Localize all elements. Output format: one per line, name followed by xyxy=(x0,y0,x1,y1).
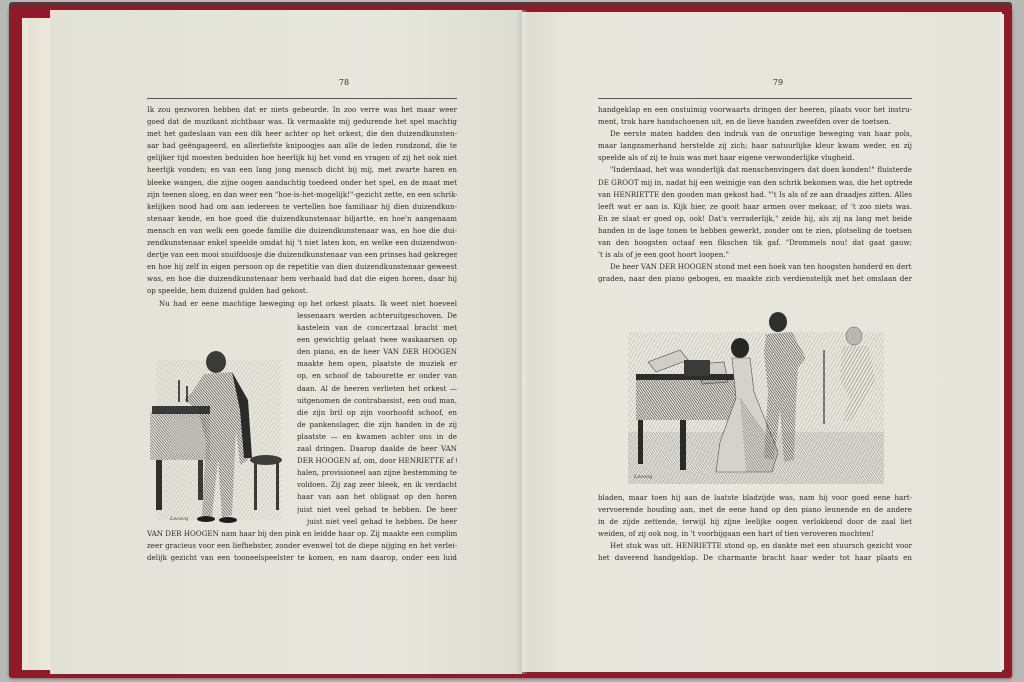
right-text-top: handgeklap en een onstuimig voorwaarts d… xyxy=(598,104,912,285)
text-line: die zijn bril op zijn voorhoofd schoof, … xyxy=(297,407,457,419)
text-line: speelde als of zij te huis was met haar … xyxy=(598,152,912,164)
text-line: mensch en van welk een goede familie die… xyxy=(147,225,457,237)
text-line: van HENRIETTE den gooden man gekost had.… xyxy=(598,189,912,201)
text-line: graden, naar den piano gebogen, en maakt… xyxy=(598,273,912,285)
text-line: goed dat de muzikant zichtbaar was. Ik v… xyxy=(147,116,457,128)
text-line: juist niet veel gehad te hebben. De heer xyxy=(147,516,457,528)
page-number-left: 78 xyxy=(324,78,364,87)
text-line: lessenaars werden achteruitgeschoven. De xyxy=(297,310,457,322)
text-line: en hoe hij zelf in eigen persoon op de r… xyxy=(147,261,457,273)
text-line: maar langzamerhand herstelde zij zich; h… xyxy=(598,140,912,152)
text-line: Ik zou gezworen hebben dat er niets gebe… xyxy=(147,104,457,116)
text-line: plaatste — en kwamen achter ons in de xyxy=(297,431,457,443)
left-page: 78 Ik zou gezworen hebben dat er niets g… xyxy=(50,10,522,674)
left-text-bottom: juist niet veel gehad te hebben. De heer xyxy=(147,516,457,528)
text-line: Het stuk was uit. HENRIETTE stond op, en… xyxy=(598,540,912,552)
text-line: een gewichtig gelaat twee waskaarsen op xyxy=(297,334,457,346)
left-text-top: Ik zou gezworen hebben dat er niets gebe… xyxy=(147,104,457,310)
illustration-man-at-piano: Lecocq xyxy=(148,340,288,530)
text-line: het daverend handgeklap. De charmante br… xyxy=(598,552,912,564)
text-line: met het gadeslaan van een dik heer achte… xyxy=(147,128,457,140)
text-line: zijn teenen sloeg, en dan weer een "hoe-… xyxy=(147,189,457,201)
illustration-woman-at-piano: Lecocq xyxy=(628,302,884,484)
text-line: vervoerende houding aan, met de eene han… xyxy=(598,504,912,516)
text-line: de pankenslager, die zijn handen in de z… xyxy=(297,419,457,431)
left-text-beside-illustration: lessenaars werden achteruitgeschoven. De… xyxy=(297,310,457,516)
text-line: leeft wat er aan is. Kijk hier, ze gooit… xyxy=(598,201,912,213)
left-page-stack-inner xyxy=(28,18,50,670)
text-line: zendkunstenaar enkel speelde omdat hij '… xyxy=(147,237,457,249)
book-gutter xyxy=(516,10,528,674)
page-number-right: 79 xyxy=(758,78,798,87)
text-line: van den hoogsten octaaf een fikschen tik… xyxy=(598,237,912,249)
right-text-bottom: bladen, maar toen hij aan de laatste bla… xyxy=(598,492,912,565)
text-line: bladen, maar toen hij aan de laatste bla… xyxy=(598,492,912,504)
text-line: "Inderdaad, het was wonderlijk dat mensc… xyxy=(598,164,912,176)
text-line: stenaar kende, en hoe goed die duizendku… xyxy=(147,213,457,225)
text-line: heerlijk vonden; en van een lang jong me… xyxy=(147,164,457,176)
text-line: op speelde, hem duizend gulden had gekos… xyxy=(147,285,457,297)
text-line: voldoen. Zij zag zeer bleek, en ik verda… xyxy=(297,479,457,491)
text-line: maakte hem open, plaatste de muziek er xyxy=(297,358,457,370)
open-book-photo: 78 Ik zou gezworen hebben dat er niets g… xyxy=(0,0,1024,682)
text-line: kastelein van de concertzaal bracht met xyxy=(297,322,457,334)
text-line: aar had geëngageerd, en allerliefste kni… xyxy=(147,140,457,152)
text-line: handgeklap en een onstuimig voorwaarts d… xyxy=(598,104,912,116)
text-line: delijk gezicht van een tooneelspeelster … xyxy=(147,552,457,564)
text-line: De eerste maten hadden den indruk van de… xyxy=(598,128,912,140)
engraver-signature: Lecocq xyxy=(634,474,652,480)
left-text-bottom-full: VAN DER HOOGEN nam haar bij den pink en … xyxy=(147,528,457,564)
text-line: 't is als of je een goot hoort loopen." xyxy=(598,249,912,261)
engraving-woman-playing-piano-icon xyxy=(628,302,884,484)
text-line: uitgenomen de contrabassist, een oud man… xyxy=(297,395,457,407)
text-line: VAN DER HOOGEN nam haar bij den pink en … xyxy=(147,528,457,540)
text-line: Nu had er eene machtige beweging op het … xyxy=(147,298,457,310)
text-line: op, en schoof de tabourette er onder van xyxy=(297,370,457,382)
header-rule-right xyxy=(598,98,912,99)
engraving-man-opening-piano-icon xyxy=(148,340,288,530)
header-rule-left xyxy=(147,98,457,99)
text-line: dertje van een mooi snuifdoosje die duiz… xyxy=(147,249,457,261)
text-line: was, en hoe die duizendkunstenaar hem ve… xyxy=(147,273,457,285)
text-line: DE GROOT mij in, nadat hij een weinigje … xyxy=(598,177,912,189)
text-line: DER HOOGEN af, om, door HENRIETTE af te xyxy=(297,455,457,467)
text-line: handen in de lage tonen te hebben gewerk… xyxy=(598,225,912,237)
text-line: ment, trok hare handschoenen uit, en de … xyxy=(598,116,912,128)
text-line: zeer gracieus voor een liefhebster, zond… xyxy=(147,540,457,552)
text-line: daan. Al de heeren verlieten het orkest … xyxy=(297,383,457,395)
text-line: gelijker tijd moesten beduiden hoe heerl… xyxy=(147,152,457,164)
text-line: juist niet veel gehad te hebben. De heer xyxy=(297,504,457,516)
text-line: De heer VAN DER HOOGEN stond met een hoe… xyxy=(598,261,912,273)
text-line: haar van aan het obligaat op den horen xyxy=(297,491,457,503)
right-page-edge xyxy=(1000,14,1004,670)
text-line: bleeke wangen, die zijne oogen aandachti… xyxy=(147,177,457,189)
text-line: kelijken nood had om aan iedereen te ver… xyxy=(147,201,457,213)
text-line: in de zijde zettende, terwijl hij zijne … xyxy=(598,516,912,528)
text-line: den piano, en de heer VAN DER HOOGEN xyxy=(297,346,457,358)
text-line: En ze slaat er goed op, ook! Dat's verra… xyxy=(598,213,912,225)
right-page: 79 handgeklap en een onstuimig voorwaart… xyxy=(522,12,1002,672)
text-line: halen, provisioneel aan zijne bestemming… xyxy=(297,467,457,479)
text-line: zaal dringen. Daarop daalde de heer VAN xyxy=(297,443,457,455)
text-line: weiden, of zij ook nog, in 't voorbijgaa… xyxy=(598,528,912,540)
